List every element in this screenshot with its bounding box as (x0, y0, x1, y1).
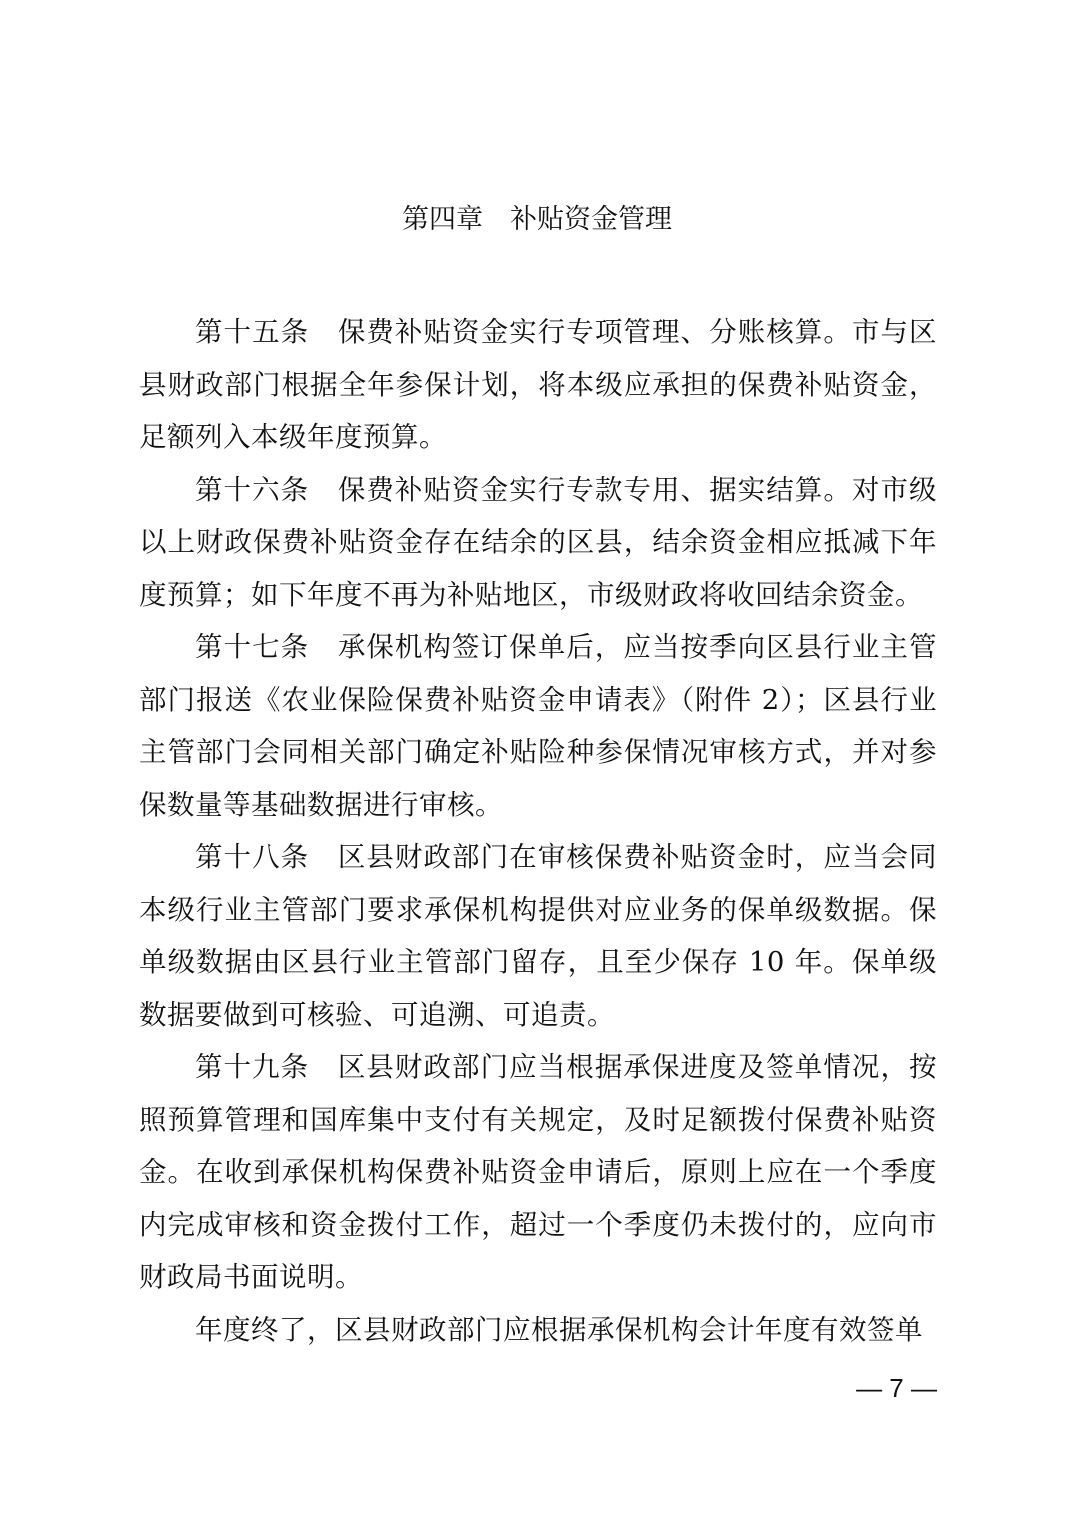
article-number: 第十八条 (195, 841, 309, 873)
article-number: 第十六条 (195, 474, 309, 506)
document-page: 第四章 补贴资金管理 第十五条 保费补贴资金实行专项管理、分账核算。市与区县财政… (0, 0, 1074, 1520)
article-17: 第十七条 承保机构签订保单后，应当按季向区县行业主管部门报送《农业保险保费补贴资… (139, 621, 937, 831)
document-body: 第十五条 保费补贴资金实行专项管理、分账核算。市与区县财政部门根据全年参保计划，… (139, 306, 937, 1356)
article-text: 区县财政部门应当根据承保进度及签单情况，按照预算管理和国库集中支付有关规定，及时… (139, 1051, 937, 1293)
article-number: 第十五条 (195, 316, 309, 348)
article-18: 第十八条 区县财政部门在审核保费补贴资金时，应当会同本级行业主管部门要求承保机构… (139, 831, 937, 1041)
chapter-title: 第四章 补贴资金管理 (0, 200, 1074, 240)
continuation-paragraph: 年度终了，区县财政部门应根据承保机构会计年度有效签单 (139, 1304, 937, 1357)
article-number: 第十七条 (195, 631, 309, 663)
article-16: 第十六条 保费补贴资金实行专款专用、据实结算。对市级以上财政保费补贴资金存在结余… (139, 464, 937, 622)
article-19: 第十九条 区县财政部门应当根据承保进度及签单情况，按照预算管理和国库集中支付有关… (139, 1041, 937, 1304)
article-number: 第十九条 (195, 1051, 309, 1083)
paragraph-text: 年度终了，区县财政部门应根据承保机构会计年度有效签单 (195, 1314, 923, 1346)
page-number: — 7 — (856, 1368, 937, 1408)
article-15: 第十五条 保费补贴资金实行专项管理、分账核算。市与区县财政部门根据全年参保计划，… (139, 306, 937, 464)
